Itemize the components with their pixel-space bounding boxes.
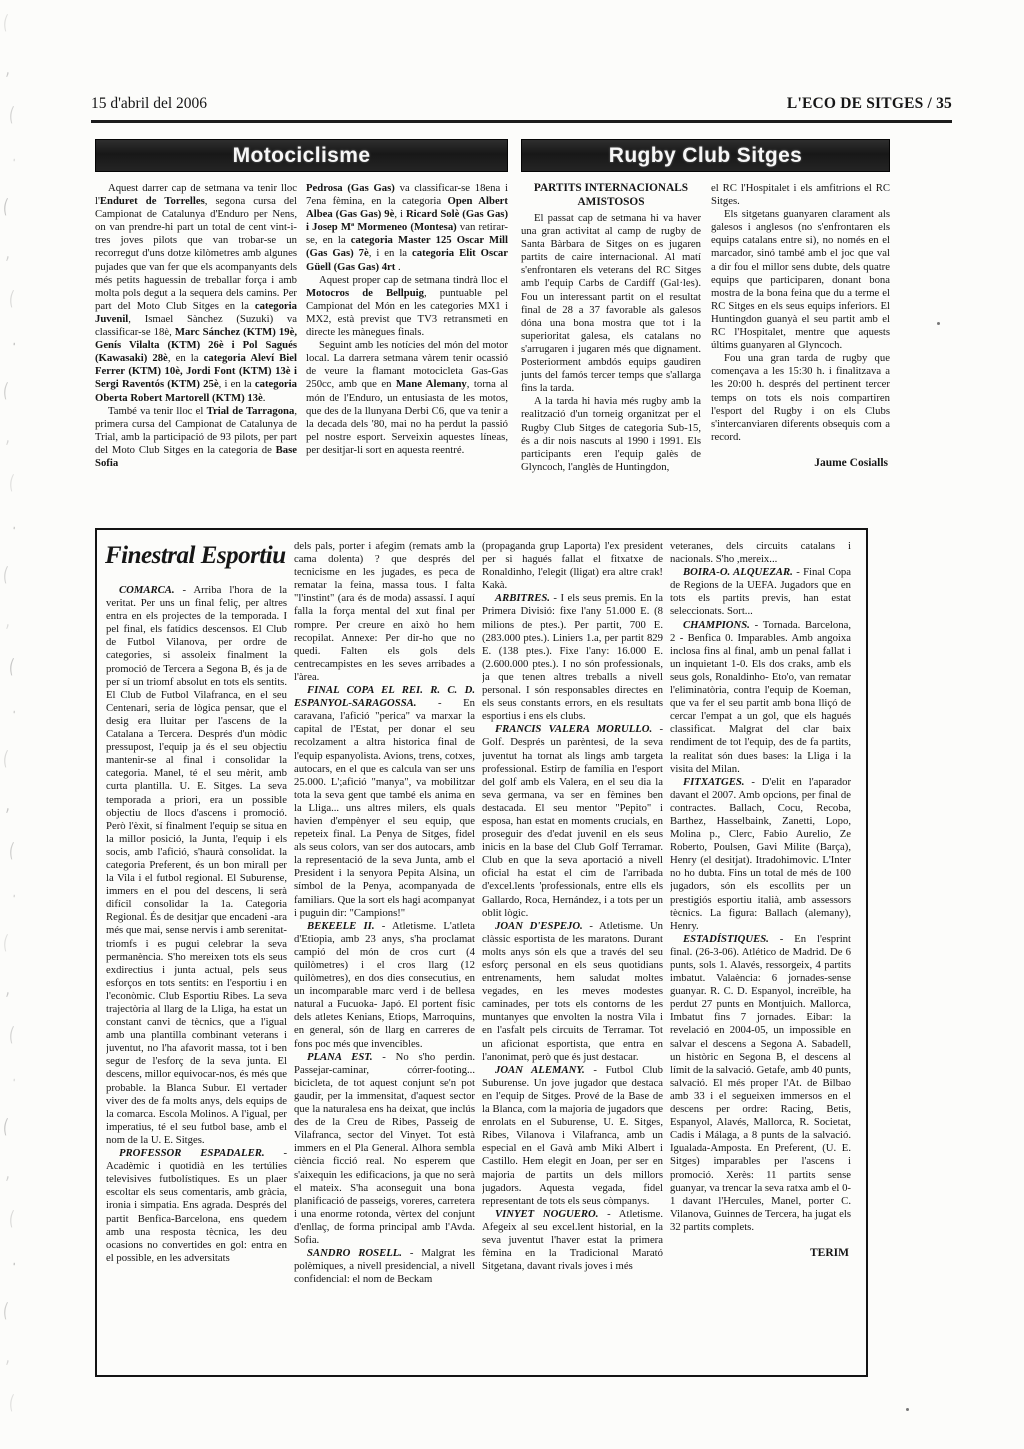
finestral-signature: TERIM (670, 1247, 851, 1259)
rugby-column-2-text: el RC l'Hospitalet i els amfitrions el R… (711, 182, 890, 444)
binding-mark: , (5, 610, 11, 633)
paragraph-lead: PROFESSOR ESPADALER. (119, 1147, 283, 1159)
finestral-title: Finestral Esportiu (105, 536, 293, 576)
binding-mark: , (5, 58, 11, 81)
motociclisme-column-2: Pedrosa (Gas Gas) va classificar-se 18en… (306, 182, 508, 528)
binding-mark: ( (2, 748, 9, 771)
binding-mark: ( (2, 564, 9, 587)
paragraph: VINYET NOGUERO. - Atletisme. Afegeix al … (482, 1208, 663, 1273)
binding-mark: ( (2, 1300, 9, 1323)
finestral-column-3: (propaganda grup Laporta) l'ex president… (482, 540, 663, 1367)
header-rule (91, 120, 952, 123)
paragraph-lead: FRANCIS VALERA MORULLO. (495, 723, 659, 735)
binding-mark: ( (8, 840, 15, 863)
page-date: 15 d'abril del 2006 (91, 95, 207, 113)
paragraph: Pedrosa (Gas Gas) va classificar-se 18en… (306, 182, 508, 274)
finestral-column-4: veteranes, dels circuits catalans i naci… (670, 540, 851, 1367)
binding-mark: · (11, 702, 17, 725)
binding-mark: ( (8, 472, 15, 495)
paragraph: COMARCA. - Arriba l'hora de la veritat. … (106, 584, 287, 1147)
paragraph-lead: VINYET NOGUERO. (495, 1208, 607, 1220)
paragraph: SANDRO ROSELL. - Malgrat les polèmiques,… (294, 1247, 475, 1286)
scan-speck (937, 322, 940, 325)
binding-mark: · (11, 150, 17, 173)
paragraph-lead: ARBITRES. (495, 592, 553, 604)
binding-mark: · (11, 1254, 17, 1277)
paragraph-lead: ESTADÍSTIQUES. (683, 933, 780, 945)
paragraph: Fou una gran tarda de rugby que començav… (711, 352, 890, 444)
finestral-column-4-text: veteranes, dels circuits catalans i naci… (670, 540, 851, 1234)
binding-mark: ( (2, 380, 9, 403)
paragraph: veteranes, dels circuits catalans i naci… (670, 540, 851, 566)
paragraph: BEKEELE II. - Atletisme. L'atleta d'Etio… (294, 920, 475, 1051)
section-title-motociclisme: Motociclisme (233, 144, 371, 167)
paragraph-lead: JOAN D'ESPEJO. (495, 920, 589, 932)
paragraph: BOIRA-O. ALQUEZAR. - Final Copa de Regio… (670, 566, 851, 618)
binding-mark: ( (8, 1024, 15, 1047)
paragraph: PLANA EST. - No s'ho perdin. Passejar-ca… (294, 1051, 475, 1247)
section-title-rugby: Rugby Club Sitges (609, 144, 802, 167)
section-bar-rugby: Rugby Club Sitges (521, 139, 890, 172)
binding-mark: , (5, 794, 11, 817)
paragraph: Seguint amb les notícies del món del mot… (306, 339, 508, 457)
paragraph: ESTADÍSTIQUES. - En l'esprint final. (26… (670, 933, 851, 1234)
paragraph: el RC l'Hospitalet i els amfitrions el R… (711, 182, 890, 208)
binding-mark: · (11, 518, 17, 541)
binding-mark: ( (2, 12, 9, 35)
paragraph-lead: FITXATGES. (683, 776, 751, 788)
binding-mark: · (11, 334, 17, 357)
binding-mark: ( (2, 932, 9, 955)
rugby-article-heading: PARTITS INTERNACIONALS AMISTOSOS (521, 182, 701, 209)
binding-mark: , (5, 978, 11, 1001)
paragraph: JOAN ALEMANY. - Futbol Club Suburense. U… (482, 1064, 663, 1208)
rugby-column-1: PARTITS INTERNACIONALS AMISTOSOS El pass… (521, 182, 701, 534)
paragraph: FITXATGES. - D'elit en l'aparador davant… (670, 776, 851, 933)
paragraph: FRANCIS VALERA MORULLO. - Golf. Després … (482, 723, 663, 919)
binding-mark: · (11, 1070, 17, 1093)
finestral-column-2: dels pals, porter i afegim (remats amb l… (294, 540, 475, 1367)
binding-mark: , (5, 1162, 11, 1185)
paragraph: FINAL COPA EL REI. R. C. D. ESPANYOL-SAR… (294, 684, 475, 920)
binding-mark: ( (8, 656, 15, 679)
binding-mark: · (11, 886, 17, 909)
rugby-column-2: el RC l'Hospitalet i els amfitrions el R… (711, 182, 890, 534)
binding-mark: ( (8, 104, 15, 127)
binding-mark: , (5, 1346, 11, 1369)
paragraph-lead: SANDRO ROSELL. (307, 1247, 410, 1259)
paragraph: Aquest proper cap de setmana tindrà lloc… (306, 274, 508, 339)
paragraph-lead: PLANA EST. (307, 1051, 382, 1063)
binding-mark: ( (8, 1208, 15, 1231)
rugby-column-1-text: El passat cap de setmana hi va haver una… (521, 212, 701, 474)
paragraph: Els sitgetans guanyaren clarament als ga… (711, 208, 890, 352)
paragraph: (propaganda grup Laporta) l'ex president… (482, 540, 663, 592)
paragraph: ARBITRES. - I els seus premis. En la Pri… (482, 592, 663, 723)
binding-mark: ( (8, 1392, 15, 1415)
paragraph: A la tarda hi havia més rugby amb la rea… (521, 395, 701, 474)
paragraph: Aquest darrer cap de setmana va tenir ll… (95, 182, 297, 405)
finestral-column-1: COMARCA. - Arriba l'hora de la veritat. … (106, 584, 287, 1367)
paragraph-lead: COMARCA. (119, 584, 183, 596)
paragraph: JOAN D'ESPEJO. - Atletisme. Un clàssic e… (482, 920, 663, 1064)
binding-mark: ( (8, 288, 15, 311)
paragraph-lead: BEKEELE II. (307, 920, 382, 932)
paragraph-lead: JOAN ALEMANY. (495, 1064, 593, 1076)
finestral-esportiu-box: Finestral Esportiu COMARCA. - Arriba l'h… (95, 528, 868, 1377)
page-header: 15 d'abril del 2006 L'ECO DE SITGES / 35 (91, 95, 952, 117)
paragraph: També va tenir lloc el Trial de Tarragon… (95, 405, 297, 470)
binding-mark: , (5, 242, 11, 265)
paragraph-lead: BOIRA-O. ALQUEZAR. (683, 566, 796, 578)
binding-mark: ( (2, 196, 9, 219)
scan-speck (906, 1408, 909, 1411)
page-masthead: L'ECO DE SITGES / 35 (787, 95, 952, 113)
paragraph: PROFESSOR ESPADALER. - Acadèmic i quotid… (106, 1147, 287, 1265)
binding-mark: ( (2, 1116, 9, 1139)
binding-mark: , (5, 426, 11, 449)
newspaper-page: (,(·(,(·(,(·(,(·(,(·(,(·(,(·(,( 15 d'abr… (0, 0, 1024, 1449)
paragraph: CHAMPIONS. - Tornada. Barcelona, 2 - Ben… (670, 619, 851, 776)
paragraph: El passat cap de setmana hi va haver una… (521, 212, 701, 395)
rugby-signature: Jaume Cosialls (711, 457, 890, 469)
section-bar-motociclisme: Motociclisme (95, 139, 508, 172)
paragraph: dels pals, porter i afegim (remats amb l… (294, 540, 475, 684)
motociclisme-column-1: Aquest darrer cap de setmana va tenir ll… (95, 182, 297, 528)
paragraph-lead: CHAMPIONS. (683, 619, 755, 631)
